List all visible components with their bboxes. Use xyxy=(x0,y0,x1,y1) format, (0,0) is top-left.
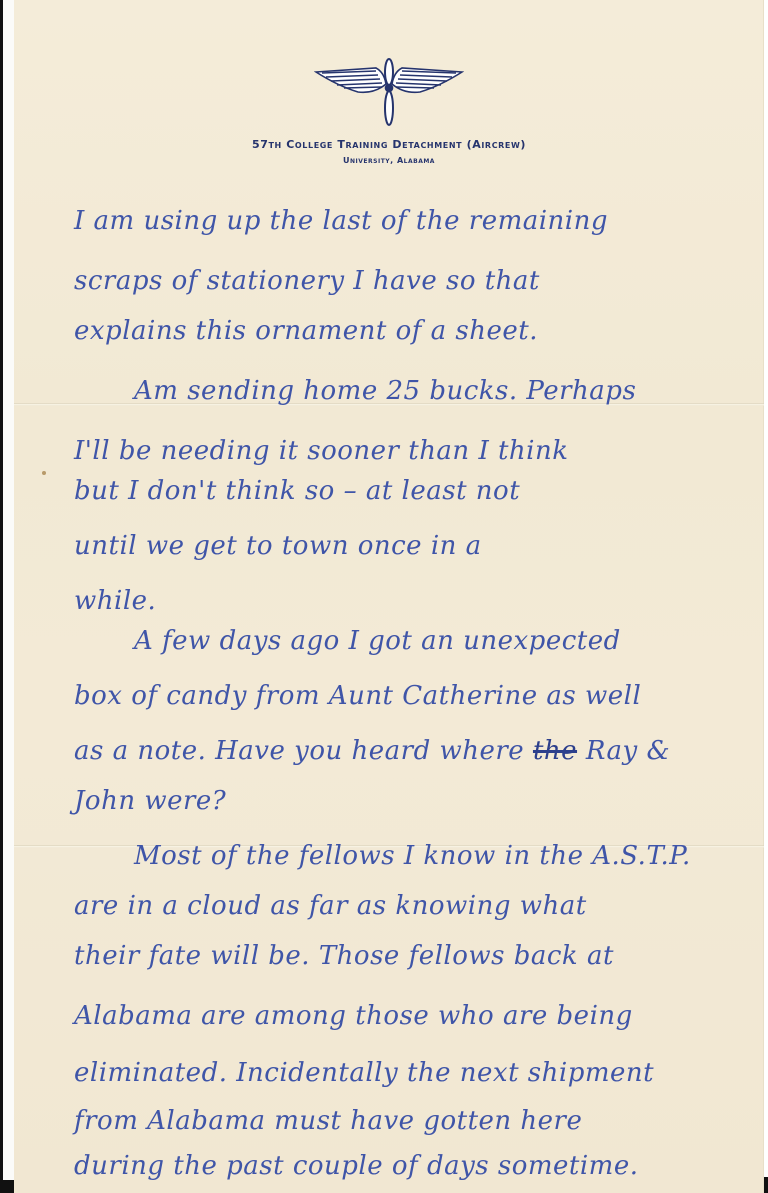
letter-line: box of candy from Aunt Catherine as well xyxy=(74,681,641,711)
letter-line: during the past couple of days sometime. xyxy=(74,1151,639,1181)
struck-out-word: the xyxy=(533,736,577,766)
letterhead-organization: 57th College Training Detachment (Aircre… xyxy=(14,138,764,151)
letter-line: Most of the fellows I know in the A.S.T.… xyxy=(74,841,691,871)
letter-line-with-strikeout: as a note. Have you heard where the Ray … xyxy=(74,736,670,766)
scan-margin-strip xyxy=(3,0,14,1193)
letterhead: 57th College Training Detachment (Aircre… xyxy=(14,58,764,165)
letter-line-part: as a note. Have you heard where xyxy=(74,736,524,766)
letter-line: scraps of stationery I have so that xyxy=(74,266,540,296)
scan-corner-bottom-right xyxy=(764,1177,768,1193)
letter-sheet: 57th College Training Detachment (Aircre… xyxy=(14,0,764,1193)
letter-line: until we get to town once in a xyxy=(74,531,482,561)
letter-line: are in a cloud as far as knowing what xyxy=(74,891,587,921)
scan-corner-bottom-left xyxy=(0,1180,14,1193)
letter-line: I'll be needing it sooner than I think xyxy=(74,436,569,466)
letter-line: explains this ornament of a sheet. xyxy=(74,316,538,346)
letter-line: from Alabama must have gotten here xyxy=(74,1106,582,1136)
letter-line-part: Ray & xyxy=(586,736,670,766)
propeller-wings-icon xyxy=(314,58,464,128)
paper-stain xyxy=(42,471,46,475)
letter-line: eliminated. Incidentally the next shipme… xyxy=(74,1058,654,1088)
letter-line: their fate will be. Those fellows back a… xyxy=(74,941,614,971)
letter-line: I am using up the last of the remaining xyxy=(74,206,608,236)
letter-line: while. xyxy=(74,586,156,616)
letterhead-location: University, Alabama xyxy=(14,156,764,165)
letter-line: Am sending home 25 bucks. Perhaps xyxy=(74,376,636,406)
letter-line: A few days ago I got an unexpected xyxy=(74,626,621,656)
letter-line: but I don't think so – at least not xyxy=(74,476,520,506)
letter-line: John were? xyxy=(74,786,226,816)
letter-line: Alabama are among those who are being xyxy=(74,1001,633,1031)
